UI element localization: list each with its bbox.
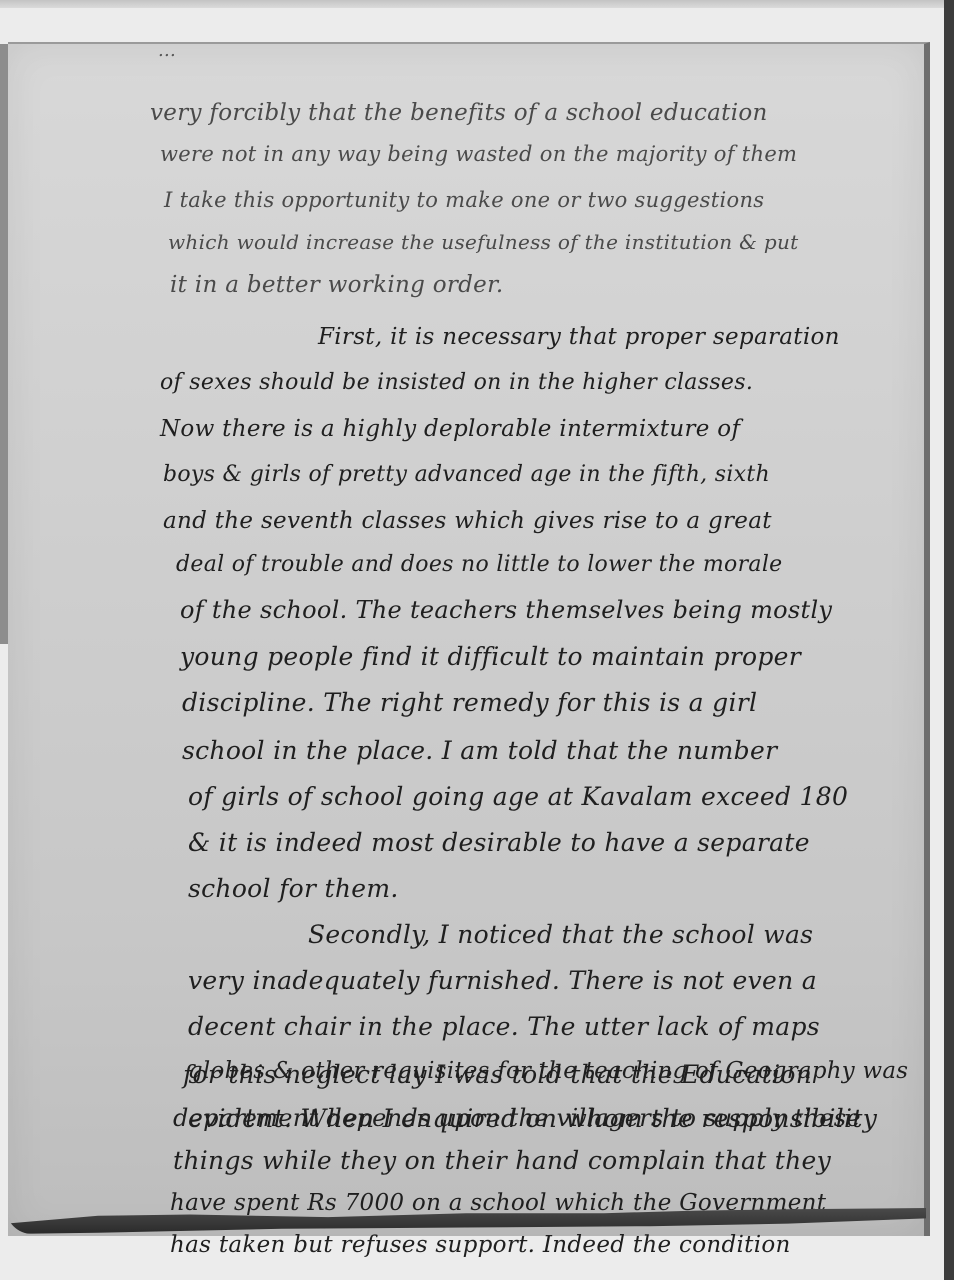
text-line: department depends upon the villagers to… [173,1104,861,1132]
text-line: has taken but refuses support. Indeed th… [170,1232,791,1258]
right-frame-edge [944,0,954,1280]
text-line: for this neglect lay I was told that the… [183,1060,812,1089]
handwritten-text-lower: for this neglect lay I was told that the… [8,42,924,1234]
text-line: things while they on their hand complain… [173,1146,831,1175]
